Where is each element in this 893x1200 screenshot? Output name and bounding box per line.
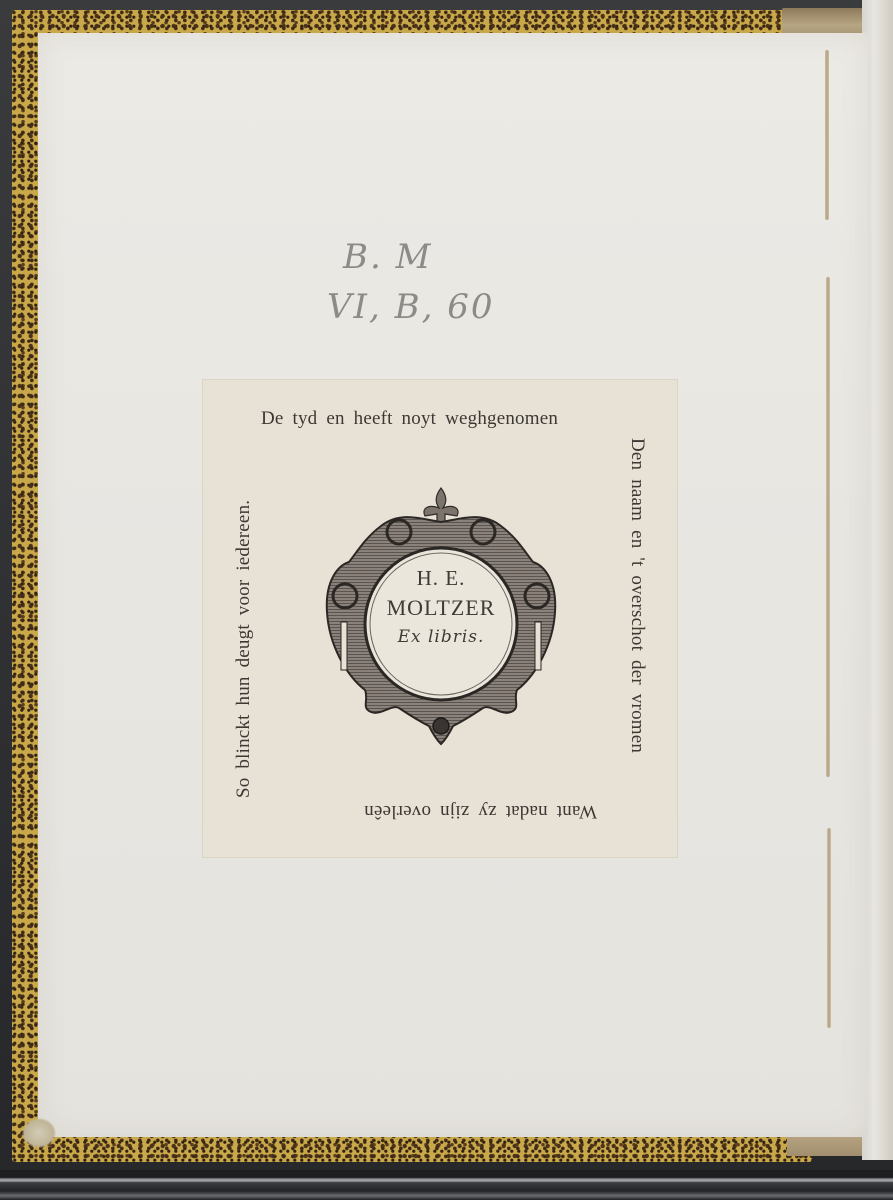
shelfmark-line-2: VI, B, 60 [327,282,527,332]
motto-left: So blinckt hun deugt voor iedereen. [233,500,255,798]
pencil-shelfmark: B. M VI, B, 60 [327,232,527,332]
hinge-crease [827,828,831,1028]
owner-medallion: H. E. MOLTZER Ex libris. [369,566,513,647]
owner-name: MOLTZER [369,595,513,621]
corner-wear [22,1118,56,1148]
motto-right: Den naam en 't overschot der vromen [626,438,648,753]
motto-top: De tyd en heeft noyt weghgenomen [261,408,558,430]
bookplate: De tyd en heeft noyt weghgenomen Den naa… [203,380,677,857]
owner-initials: H. E. [369,566,513,591]
hinge-crease [826,277,830,777]
scanner-edge [0,1170,893,1200]
shelfmark-line-1: B. M [327,232,527,282]
motto-bottom: Want nadat zy zijn overleên [364,800,597,822]
hinge-crease [825,50,829,220]
ex-libris-label: Ex libris. [369,627,513,647]
